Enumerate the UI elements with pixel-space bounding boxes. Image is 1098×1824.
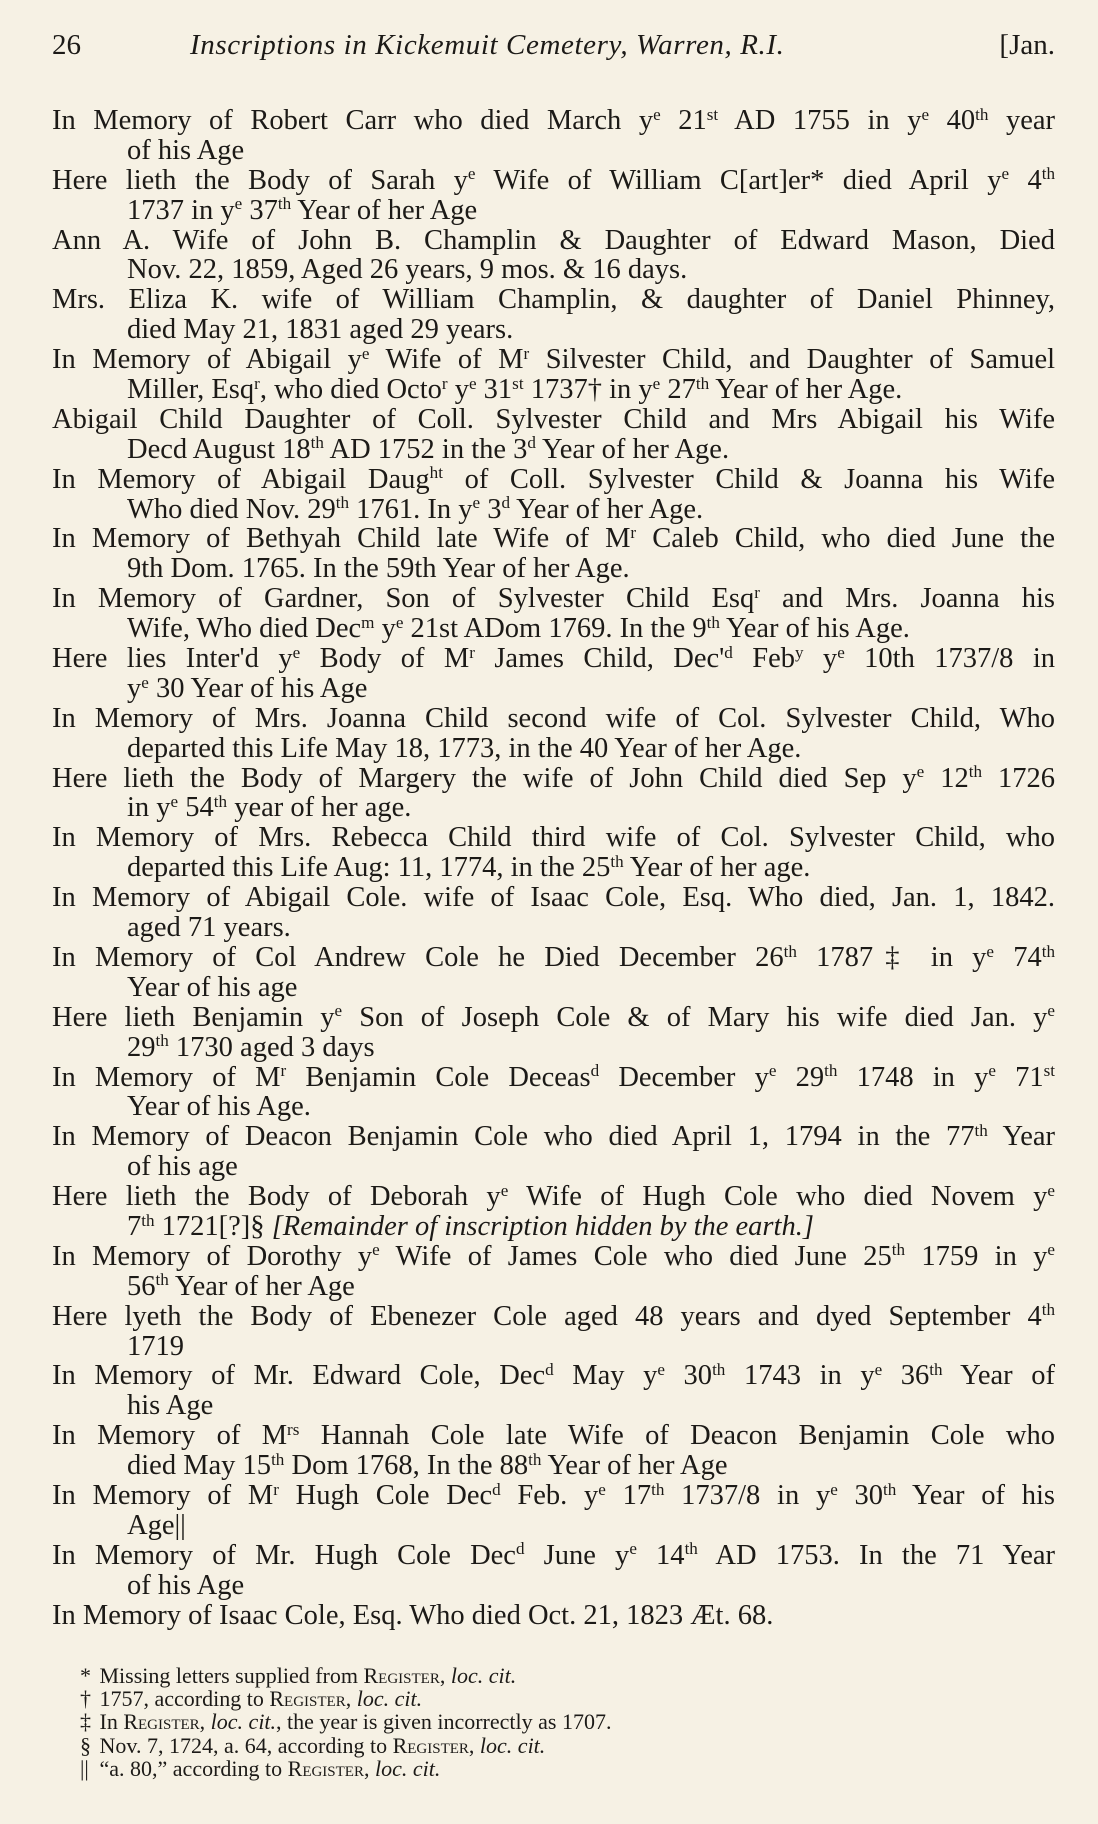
inscription-line: In Memory of Mrs. Joanna Child second wi…	[52, 704, 1055, 734]
footnote: † 1757, according to Register, loc. cit.	[80, 1687, 980, 1710]
inscription-continuation: aged 71 years.	[52, 913, 1055, 943]
inscription-line: Here lieth the Body of Margery the wife …	[52, 764, 1055, 794]
inscription-list: In Memory of Robert Carr who died March …	[52, 106, 1055, 1630]
footnote-mark: §	[80, 1734, 94, 1757]
inscription-entry: In Memory of Mr. Edward Cole, Decd May y…	[52, 1361, 1055, 1421]
inscription-line: Here lieth Benjamin ye Son of Joseph Col…	[52, 1003, 1055, 1033]
inscription-continuation: Decd August 18th AD 1752 in the 3d Year …	[52, 435, 1055, 465]
inscription-continuation: 9th Dom. 1765. In the 59th Year of her A…	[52, 554, 1055, 584]
inscription-continuation: died May 21, 1831 aged 29 years.	[52, 315, 1055, 345]
editorial-note: [Remainder of inscription hidden by the …	[272, 1211, 814, 1242]
inscription-continuation: 1737 in ye 37th Year of her Age	[52, 196, 1055, 226]
inscription-continuation: departed this Life May 18, 1773, in the …	[52, 734, 1055, 764]
running-header: 26 Inscriptions in Kickemuit Cemetery, W…	[52, 27, 1055, 63]
inscription-entry: In Memory of Abigail Cole. wife of Isaac…	[52, 883, 1055, 943]
inscription-line: In Memory of Mr Benjamin Cole Deceasd De…	[52, 1063, 1055, 1093]
inscription-line: In Memory of Mrs Hannah Cole late Wife o…	[52, 1421, 1055, 1451]
inscription-line: Abigail Child Daughter of Coll. Sylveste…	[52, 405, 1055, 435]
document-page: 26 Inscriptions in Kickemuit Cemetery, W…	[0, 0, 1098, 1824]
inscription-entry: Here lyeth the Body of Ebenezer Cole age…	[52, 1302, 1055, 1362]
inscription-line: Here lieth the Body of Sarah ye Wife of …	[52, 166, 1055, 196]
inscription-entry: Mrs. Eliza K. wife of William Champlin, …	[52, 285, 1055, 345]
inscription-continuation: 29th 1730 aged 3 days	[52, 1033, 1055, 1063]
inscription-line: In Memory of Isaac Cole, Esq. Who died O…	[52, 1601, 1055, 1631]
inscription-entry: In Memory of Isaac Cole, Esq. Who died O…	[52, 1601, 1055, 1631]
footnotes: * Missing letters supplied from Register…	[80, 1664, 980, 1780]
footnote: ‡ In Register, loc. cit., the year is gi…	[80, 1710, 980, 1733]
inscription-line: In Memory of Mr Hugh Cole Decd Feb. ye 1…	[52, 1481, 1055, 1511]
footnote: § Nov. 7, 1724, a. 64, according to Regi…	[80, 1734, 980, 1757]
inscription-line: Ann A. Wife of John B. Champlin & Daught…	[52, 226, 1055, 256]
footnote-mark: *	[80, 1664, 94, 1687]
inscription-continuation: of his Age	[52, 136, 1055, 166]
inscription-continuation: ye 30 Year of his Age	[52, 674, 1055, 704]
inscription-line: In Memory of Mr. Edward Cole, Decd May y…	[52, 1361, 1055, 1391]
page-number: 26	[52, 27, 81, 63]
inscription-entry: In Memory of Mr. Hugh Cole Decd June ye …	[52, 1541, 1055, 1601]
inscription-continuation: Year of his Age.	[52, 1092, 1055, 1122]
inscription-entry: In Memory of Mrs Hannah Cole late Wife o…	[52, 1421, 1055, 1481]
issue-month: [Jan.	[999, 27, 1055, 63]
inscription-entry: In Memory of Gardner, Son of Sylvester C…	[52, 584, 1055, 644]
inscription-line: In Memory of Bethyah Child late Wife of …	[52, 524, 1055, 554]
inscription-entry: In Memory of Mr Benjamin Cole Deceasd De…	[52, 1063, 1055, 1123]
inscription-continuation: Wife, Who died Decm ye 21st ADom 1769. I…	[52, 614, 1055, 644]
inscription-continuation: in ye 54th year of her age.	[52, 793, 1055, 823]
inscription-continuation: of his age	[52, 1152, 1055, 1182]
inscription-continuation: of his Age	[52, 1571, 1055, 1601]
inscription-line: Mrs. Eliza K. wife of William Champlin, …	[52, 285, 1055, 315]
source-name: Register	[269, 1686, 345, 1711]
inscription-line: In Memory of Mrs. Rebecca Child third wi…	[52, 823, 1055, 853]
inscription-entry: Here lies Inter'd ye Body of Mr James Ch…	[52, 644, 1055, 704]
inscription-line: In Memory of Robert Carr who died March …	[52, 106, 1055, 136]
inscription-entry: In Memory of Col Andrew Cole he Died Dec…	[52, 943, 1055, 1003]
citation: loc. cit.	[375, 1756, 440, 1781]
inscription-continuation: Nov. 22, 1859, Aged 26 years, 9 mos. & 1…	[52, 255, 1055, 285]
inscription-entry: In Memory of Robert Carr who died March …	[52, 106, 1055, 166]
inscription-entry: Here lieth the Body of Sarah ye Wife of …	[52, 166, 1055, 226]
inscription-line: In Memory of Abigail Daught of Coll. Syl…	[52, 465, 1055, 495]
footnote: * Missing letters supplied from Register…	[80, 1664, 980, 1687]
footnote-mark: ||	[80, 1757, 94, 1780]
footnote-mark: †	[80, 1687, 94, 1710]
inscription-entry: In Memory of Mrs. Joanna Child second wi…	[52, 704, 1055, 764]
source-name: Register	[288, 1756, 364, 1781]
inscription-continuation: Age||	[52, 1511, 1055, 1541]
inscription-line: In Memory of Col Andrew Cole he Died Dec…	[52, 943, 1055, 973]
source-name: Register	[393, 1733, 469, 1758]
inscription-line: In Memory of Deacon Benjamin Cole who di…	[52, 1122, 1055, 1152]
inscription-line: In Memory of Abigail ye Wife of Mr Silve…	[52, 345, 1055, 375]
inscription-entry: In Memory of Mr Hugh Cole Decd Feb. ye 1…	[52, 1481, 1055, 1541]
inscription-continuation: 56th Year of her Age	[52, 1272, 1055, 1302]
inscription-continuation: 1719	[52, 1332, 1055, 1362]
inscription-entry: In Memory of Abigail ye Wife of Mr Silve…	[52, 345, 1055, 405]
inscription-entry: Here lieth Benjamin ye Son of Joseph Col…	[52, 1003, 1055, 1063]
inscription-entry: Abigail Child Daughter of Coll. Sylveste…	[52, 405, 1055, 465]
inscription-line: Here lies Inter'd ye Body of Mr James Ch…	[52, 644, 1055, 674]
inscription-entry: Ann A. Wife of John B. Champlin & Daught…	[52, 226, 1055, 286]
inscription-entry: Here lieth the Body of Deborah ye Wife o…	[52, 1182, 1055, 1242]
inscription-line: Here lyeth the Body of Ebenezer Cole age…	[52, 1302, 1055, 1332]
citation: loc. cit.	[480, 1733, 545, 1758]
citation: loc. cit.	[451, 1663, 516, 1688]
inscription-continuation: Miller, Esqr, who died Octor ye 31st 173…	[52, 375, 1055, 405]
footnote: || “a. 80,” according to Register, loc. …	[80, 1757, 980, 1780]
inscription-line: Here lieth the Body of Deborah ye Wife o…	[52, 1182, 1055, 1212]
inscription-entry: In Memory of Bethyah Child late Wife of …	[52, 524, 1055, 584]
inscription-entry: In Memory of Mrs. Rebecca Child third wi…	[52, 823, 1055, 883]
citation: loc. cit.	[211, 1709, 276, 1734]
inscription-continuation: his Age	[52, 1391, 1055, 1421]
inscription-continuation: 7th 1721[?]§ [Remainder of inscription h…	[52, 1212, 1055, 1242]
source-name: Register	[363, 1663, 439, 1688]
page-title: Inscriptions in Kickemuit Cemetery, Warr…	[190, 27, 784, 63]
inscription-continuation: departed this Life Aug: 11, 1774, in the…	[52, 853, 1055, 883]
source-name: Register	[123, 1709, 199, 1734]
inscription-entry: In Memory of Deacon Benjamin Cole who di…	[52, 1122, 1055, 1182]
inscription-line: In Memory of Abigail Cole. wife of Isaac…	[52, 883, 1055, 913]
inscription-line: In Memory of Dorothy ye Wife of James Co…	[52, 1242, 1055, 1272]
citation: loc. cit.	[357, 1686, 422, 1711]
inscription-continuation: Year of his age	[52, 973, 1055, 1003]
inscription-continuation: died May 15th Dom 1768, In the 88th Year…	[52, 1451, 1055, 1481]
inscription-entry: In Memory of Abigail Daught of Coll. Syl…	[52, 465, 1055, 525]
inscription-entry: In Memory of Dorothy ye Wife of James Co…	[52, 1242, 1055, 1302]
footnote-mark: ‡	[80, 1710, 94, 1733]
inscription-line: In Memory of Mr. Hugh Cole Decd June ye …	[52, 1541, 1055, 1571]
inscription-continuation: Who died Nov. 29th 1761. In ye 3d Year o…	[52, 495, 1055, 525]
inscription-line: In Memory of Gardner, Son of Sylvester C…	[52, 584, 1055, 614]
inscription-entry: Here lieth the Body of Margery the wife …	[52, 764, 1055, 824]
